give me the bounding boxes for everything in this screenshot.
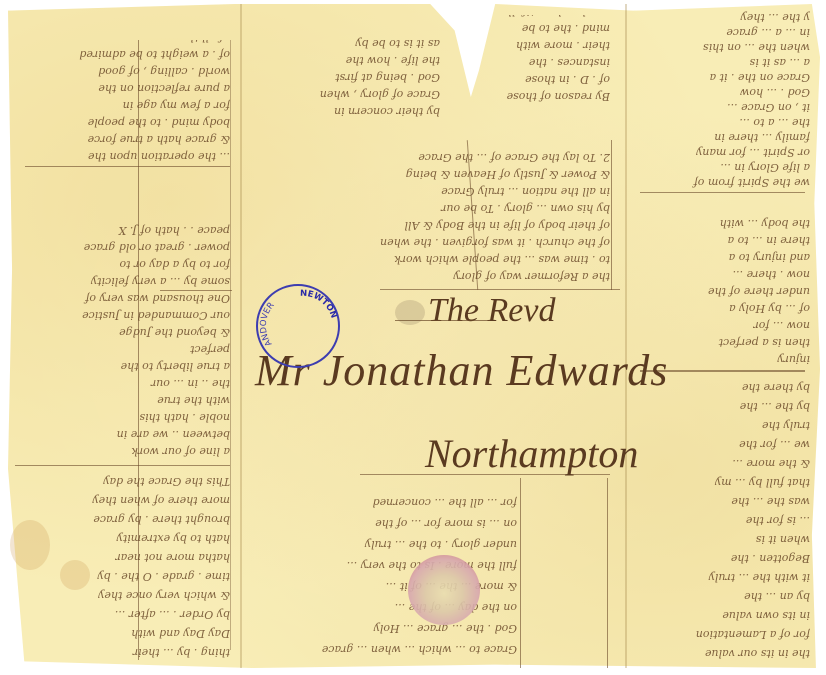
handwriting-panel-top-center: by their concern in Grace of glory , whe… — [250, 20, 440, 120]
svg-text:NEWTON: NEWTON — [300, 289, 339, 320]
ink-rule — [230, 40, 231, 650]
ink-rule — [640, 192, 805, 193]
ink-rule — [25, 166, 230, 167]
handwriting-panel-mid-right: injury then is a perfect now ... for of … — [640, 198, 810, 368]
handwriting-panel-top-center-right: By reason of those of . D . in those ins… — [460, 15, 610, 105]
handwriting-panel-bottom-left: thing . by ... their Day Day and with by… — [18, 472, 230, 662]
fold-line — [240, 4, 242, 668]
stain — [395, 300, 425, 325]
handwriting-panel-mid-left: a line of our work between .. we are in … — [18, 175, 230, 460]
wax-seal — [408, 555, 480, 625]
underline — [395, 320, 490, 321]
ink-rule — [520, 478, 521, 668]
handwriting-panel-bottom-right: the in its our value for of a Lamentatio… — [640, 378, 810, 663]
handwriting-panel-top-right: we the Spirit from of a life Glory in ..… — [640, 10, 810, 190]
handwriting-panel-mid-center: the a Reformer way of glory to . time wa… — [255, 140, 610, 285]
handwriting-panel-bottom-center: Grace to ... which ... when ... grace Go… — [252, 480, 517, 660]
handwriting-panel-top-left: ... the operation upon the & grace hath … — [20, 40, 230, 165]
stamp-text-right: NEWTON — [300, 289, 339, 320]
address-line-1: The Revd — [428, 292, 555, 330]
ink-rule — [607, 478, 608, 668]
fold-line — [625, 4, 627, 668]
address-line-3: Northampton — [425, 430, 638, 477]
ink-rule — [611, 140, 612, 290]
ink-rule — [380, 289, 620, 290]
library-stamp: ANDOVER NEWTON — [256, 284, 340, 368]
stamp-text-left: ANDOVER — [259, 301, 277, 348]
ink-rule — [15, 465, 230, 466]
svg-text:ANDOVER: ANDOVER — [259, 301, 277, 348]
